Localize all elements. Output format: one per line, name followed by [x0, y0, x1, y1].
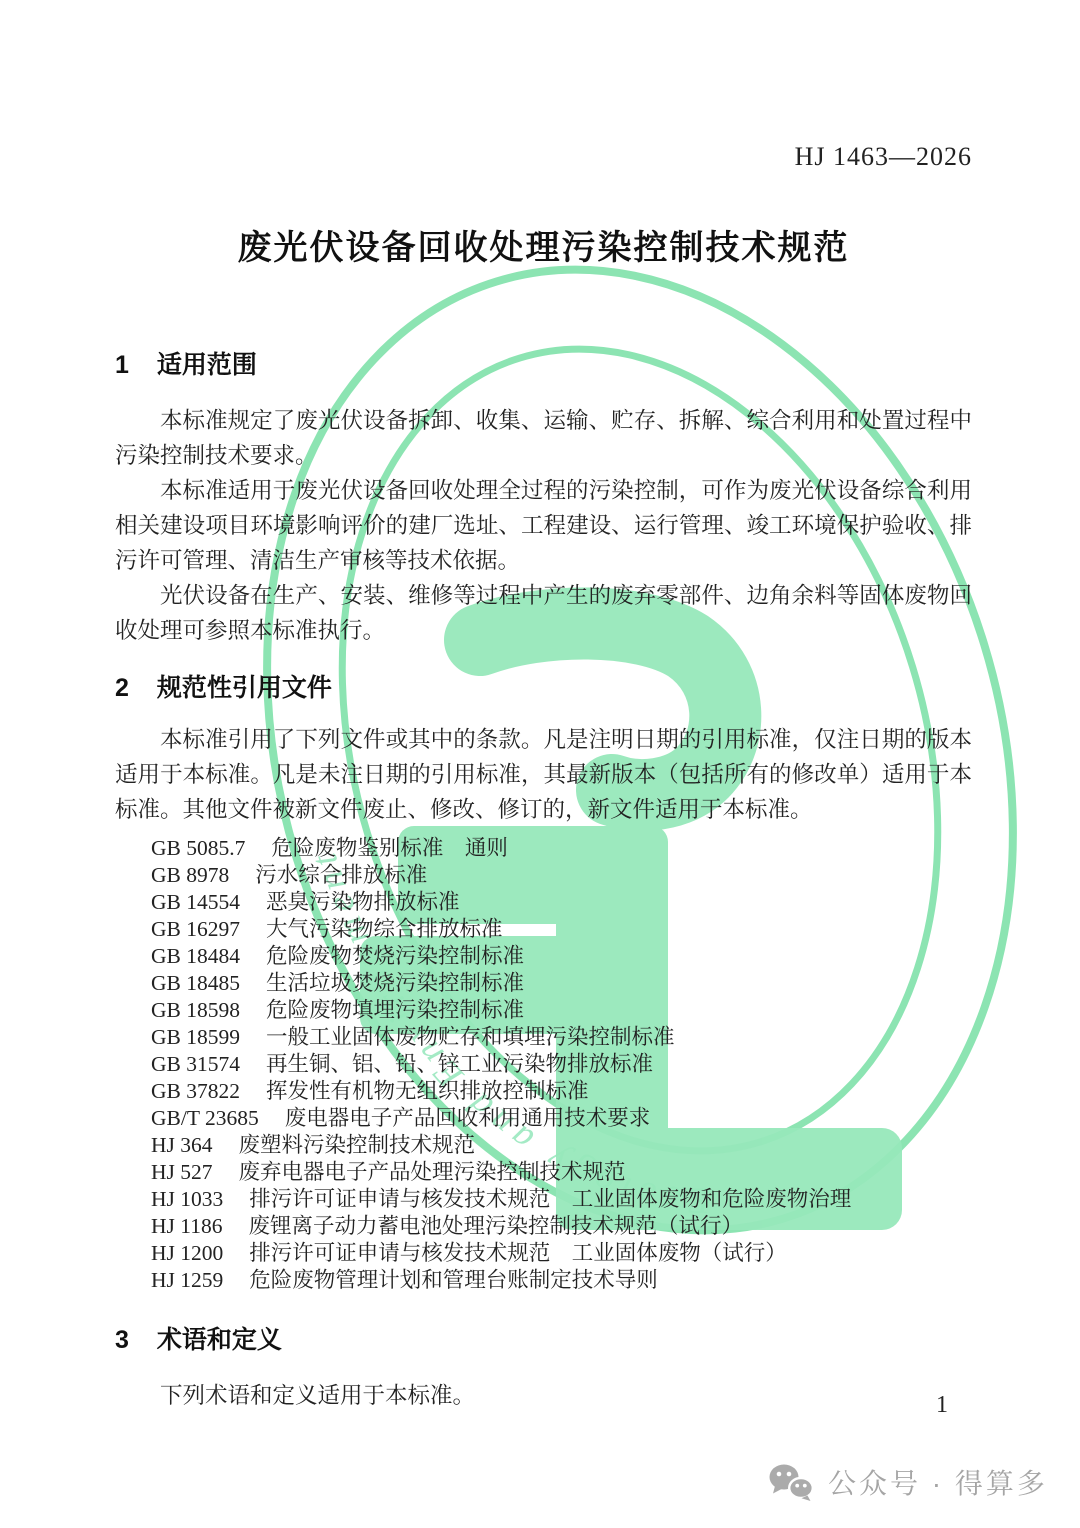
reference-title: 废锂离子动力蓄电池处理污染控制技术规范（试行）	[248, 1213, 743, 1240]
section-1-label: 适用范围	[157, 345, 257, 381]
section-2-label: 规范性引用文件	[157, 668, 332, 704]
page-content: HJ 1463—2026 废光伏设备回收处理污染控制技术规范 1 适用范围 本标…	[0, 0, 1080, 1528]
reference-code: GB 18484	[151, 943, 240, 970]
document-page: Ecology and Environment HJ 1463—2026 废光伏…	[0, 0, 1080, 1528]
reference-title: 危险废物焚烧污染控制标准	[266, 943, 524, 970]
reference-title: 再生铜、铝、铅、锌工业污染物排放标准	[266, 1051, 653, 1078]
section-1-body: 本标准规定了废光伏设备拆卸、收集、运输、贮存、拆解、综合利用和处置过程中污染控制…	[115, 403, 972, 648]
reference-title: 废塑料污染控制技术规范	[239, 1132, 476, 1159]
paragraph: 光伏设备在生产、安装、维修等过程中产生的废弃零部件、边角余料等固体废物回收处理可…	[115, 578, 972, 648]
reference-row: HJ 527 废弃电器电子产品处理污染控制技术规范	[151, 1159, 972, 1186]
reference-row: GB 37822 挥发性有机物无组织排放控制标准	[151, 1078, 972, 1105]
reference-row: GB 31574 再生铜、铝、铅、锌工业污染物排放标准	[151, 1051, 972, 1078]
page-number: 1	[936, 1392, 948, 1419]
reference-code: GB 5085.7	[151, 835, 245, 862]
document-title: 废光伏设备回收处理污染控制技术规范	[115, 220, 972, 269]
reference-row: GB 18485 生活垃圾焚烧污染控制标准	[151, 970, 972, 997]
section-3-paragraph: 下列术语和定义适用于本标准。	[115, 1378, 972, 1413]
reference-row: GB/T 23685 废电器电子产品回收利用通用技术要求	[151, 1105, 972, 1132]
reference-row: GB 8978 污水综合排放标准	[151, 862, 972, 889]
reference-title: 排污许可证申请与核发技术规范 工业固体废物（试行）	[249, 1240, 787, 1267]
section-2-heading: 2 规范性引用文件	[115, 668, 972, 704]
section-2-number: 2	[115, 674, 129, 703]
paragraph: 本标准规定了废光伏设备拆卸、收集、运输、贮存、拆解、综合利用和处置过程中污染控制…	[115, 403, 972, 473]
reference-title: 危险废物填埋污染控制标准	[266, 997, 524, 1024]
reference-row: GB 5085.7 危险废物鉴别标准 通则	[151, 835, 972, 862]
reference-code: HJ 1259	[151, 1267, 223, 1294]
reference-code: GB 37822	[151, 1078, 240, 1105]
reference-title: 废电器电子产品回收利用通用技术要求	[285, 1105, 651, 1132]
reference-code: HJ 1186	[151, 1213, 222, 1240]
section-3-heading: 3 术语和定义	[115, 1320, 972, 1356]
reference-row: HJ 1259 危险废物管理计划和管理台账制定技术导则	[151, 1267, 972, 1294]
reference-code: GB 18599	[151, 1024, 240, 1051]
reference-row: GB 18484 危险废物焚烧污染控制标准	[151, 943, 972, 970]
reference-row: HJ 1033 排污许可证申请与核发技术规范 工业固体废物和危险废物治理	[151, 1186, 972, 1213]
reference-code: GB 14554	[151, 889, 240, 916]
reference-row: GB 16297 大气污染物综合排放标准	[151, 916, 972, 943]
reference-title: 危险废物鉴别标准 通则	[271, 835, 508, 862]
reference-code: GB 18485	[151, 970, 240, 997]
standard-code: HJ 1463—2026	[115, 142, 972, 172]
reference-title: 排污许可证申请与核发技术规范 工业固体废物和危险废物治理	[249, 1186, 851, 1213]
wechat-account-label: 公众号 · 得算多	[828, 1462, 1048, 1502]
reference-title: 挥发性有机物无组织排放控制标准	[266, 1078, 589, 1105]
reference-title: 一般工业固体废物贮存和填埋污染控制标准	[266, 1024, 675, 1051]
reference-title: 污水综合排放标准	[255, 862, 427, 889]
paragraph: 本标准适用于废光伏设备回收处理全过程的污染控制，可作为废光伏设备综合利用相关建设…	[115, 473, 972, 578]
reference-title: 恶臭污染物排放标准	[266, 889, 460, 916]
reference-code: HJ 1033	[151, 1186, 223, 1213]
reference-code: HJ 1200	[151, 1240, 223, 1267]
reference-title: 大气污染物综合排放标准	[266, 916, 503, 943]
reference-code: GB 18598	[151, 997, 240, 1024]
wechat-account-watermark: 公众号 · 得算多	[768, 1462, 1048, 1502]
reference-title: 危险废物管理计划和管理台账制定技术导则	[249, 1267, 658, 1294]
reference-code: GB/T 23685	[151, 1105, 259, 1132]
section-3-number: 3	[115, 1326, 129, 1355]
reference-title: 生活垃圾焚烧污染控制标准	[266, 970, 524, 997]
reference-code: GB 8978	[151, 862, 229, 889]
reference-code: HJ 364	[151, 1132, 213, 1159]
reference-row: GB 18599 一般工业固体废物贮存和填埋污染控制标准	[151, 1024, 972, 1051]
reference-row: HJ 1186 废锂离子动力蓄电池处理污染控制技术规范（试行）	[151, 1213, 972, 1240]
reference-row: GB 18598 危险废物填埋污染控制标准	[151, 997, 972, 1024]
references-list: GB 5085.7 危险废物鉴别标准 通则 GB 8978 污水综合排放标准 G…	[115, 835, 972, 1294]
wechat-icon	[768, 1463, 814, 1501]
reference-code: GB 31574	[151, 1051, 240, 1078]
reference-code: HJ 527	[151, 1159, 213, 1186]
reference-title: 废弃电器电子产品处理污染控制技术规范	[239, 1159, 626, 1186]
reference-row: HJ 364 废塑料污染控制技术规范	[151, 1132, 972, 1159]
reference-row: GB 14554 恶臭污染物排放标准	[151, 889, 972, 916]
section-1-heading: 1 适用范围	[115, 345, 972, 381]
section-2-intro: 本标准引用了下列文件或其中的条款。凡是注明日期的引用标准，仅注日期的版本适用于本…	[115, 722, 972, 827]
section-3-label: 术语和定义	[157, 1320, 282, 1356]
reference-row: HJ 1200 排污许可证申请与核发技术规范 工业固体废物（试行）	[151, 1240, 972, 1267]
reference-code: GB 16297	[151, 916, 240, 943]
section-1-number: 1	[115, 351, 129, 380]
